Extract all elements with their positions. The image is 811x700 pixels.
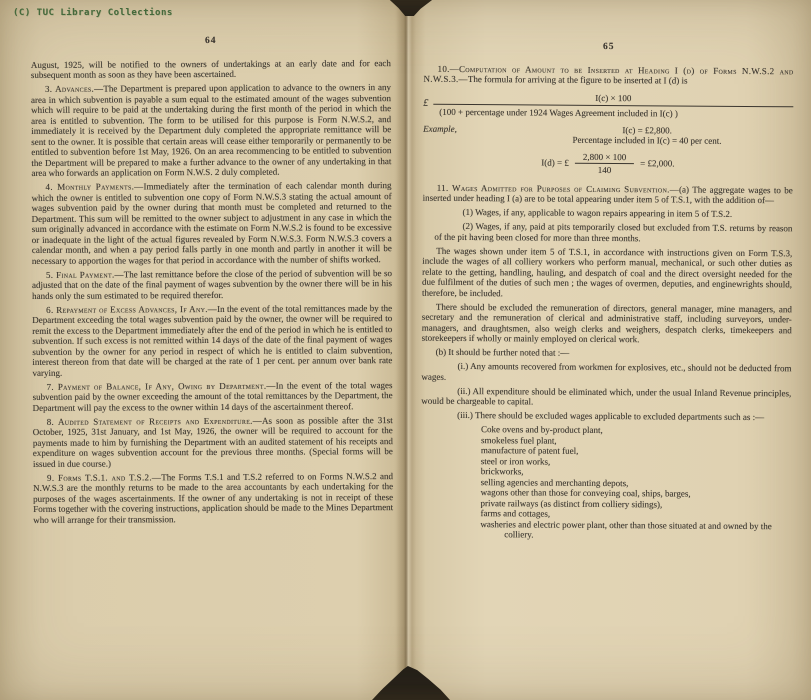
paragraph-wages-admitted: 11. Wages Admitted for Purposes of Claim…: [423, 182, 793, 206]
section-heading: 7. Payment of Balance, If Any, Owing by …: [47, 380, 276, 391]
paragraph-forms-ts1-ts2: 9. Forms T.S.1. and T.S.2.—The Forms T.S…: [33, 471, 393, 525]
note-ii: (ii.) All expenditure should be eliminat…: [421, 385, 791, 409]
paragraph-text: The formula for arriving at the figure t…: [468, 74, 688, 86]
spine-shadow-top: [386, 0, 434, 16]
book-scan: (C) TUC Library Collections 64 August, 1…: [0, 0, 811, 700]
equation-fraction: 2,800 × 100 140: [575, 151, 634, 175]
note-i: (i.) Any amounts recovered from workmen …: [421, 361, 791, 385]
paragraph-note-b: (b) It should be further noted that :—: [422, 347, 792, 360]
section-heading: 5. Final Payment.—: [46, 269, 124, 279]
list-item-2: (2) Wages, if any, paid at pits temporar…: [434, 221, 792, 244]
spine-shadow-bottom: [372, 666, 450, 700]
example-lines: I(c) = £2,800. Percentage included in I(…: [501, 124, 793, 147]
note-iii: (iii.) There should be excluded wages ap…: [421, 410, 791, 423]
section-heading: 4. Monthly Payments.—: [45, 181, 143, 192]
page-number-left: 64: [31, 35, 391, 47]
page-65: 65 10.—Computation of Amount to be Inser…: [420, 41, 793, 546]
paragraph-monthly-payments: 4. Monthly Payments.—Immediately after t…: [31, 180, 391, 266]
book-gutter-crease: [396, 0, 416, 700]
paragraph-final-payment: 5. Final Payment.—The last remittance be…: [32, 268, 392, 301]
currency-symbol: £: [423, 99, 428, 110]
paragraph-text: August, 1925, will be notified to the ow…: [31, 58, 391, 80]
equation-numerator: 2,800 × 100: [575, 151, 634, 164]
formula-denominator: (100 + percentage under 1924 Wages Agree…: [433, 105, 793, 120]
paragraph-repayment-excess: 6. Repayment of Excess Advances, If Any.…: [32, 303, 392, 378]
section-heading: 3. Advances.—: [45, 84, 103, 94]
page-64: 64 August, 1925, will be notified to the…: [31, 35, 394, 528]
paragraph-wages-included: The wages shown under item 5 of T.S.1, i…: [422, 245, 792, 300]
paragraph-payment-balance: 7. Payment of Balance, If Any, Owing by …: [33, 380, 393, 413]
excluded-item: washeries and electric power plant, othe…: [480, 519, 790, 542]
paragraph-continuation: August, 1925, will be notified to the ow…: [31, 58, 391, 81]
equation-lhs: I(d) = £: [541, 158, 569, 169]
paragraph-text: Immediately after the termination of eac…: [32, 180, 392, 265]
paragraph-text: The Department is prepared upon applicat…: [31, 82, 391, 178]
library-watermark: (C) TUC Library Collections: [13, 8, 173, 18]
section-heading: 6. Repayment of Excess Advances, If Any.…: [46, 303, 217, 314]
section-heading: 8. Audited Statement of Receipts and Exp…: [47, 415, 262, 426]
paragraph-audited-statement: 8. Audited Statement of Receipts and Exp…: [33, 415, 393, 469]
page-number-right: 65: [424, 41, 794, 54]
example-block: Example, I(c) = £2,800. Percentage inclu…: [423, 123, 793, 147]
paragraph-computation: 10.—Computation of Amount to be Inserted…: [423, 63, 793, 87]
paragraph-advances: 3. Advances.—The Department is prepared …: [31, 82, 391, 178]
section-heading: 9. Forms T.S.1. and T.S.2.—: [47, 472, 161, 483]
list-item-1: (1) Wages, if any, applicable to wagon r…: [435, 207, 793, 220]
paragraph-wages-excluded: There should be excluded the remuneratio…: [422, 301, 792, 346]
equation-rhs: = £2,000.: [640, 158, 674, 169]
example-equation: I(d) = £ 2,800 × 100 140 = £2,000.: [423, 150, 793, 177]
paragraph-text: In the event of the total remittances ma…: [32, 303, 392, 378]
excluded-departments-list: Coke ovens and by-product plant, smokele…: [420, 424, 791, 542]
subvention-formula: £ I(c) × 100 (100 + percentage under 192…: [423, 91, 793, 120]
equation-denominator: 140: [575, 164, 634, 176]
example-label: Example,: [423, 123, 501, 145]
example-line-2: Percentage included in I(c) = 40 per cen…: [501, 134, 793, 147]
formula-fraction: I(c) × 100 (100 + percentage under 1924 …: [433, 91, 793, 120]
